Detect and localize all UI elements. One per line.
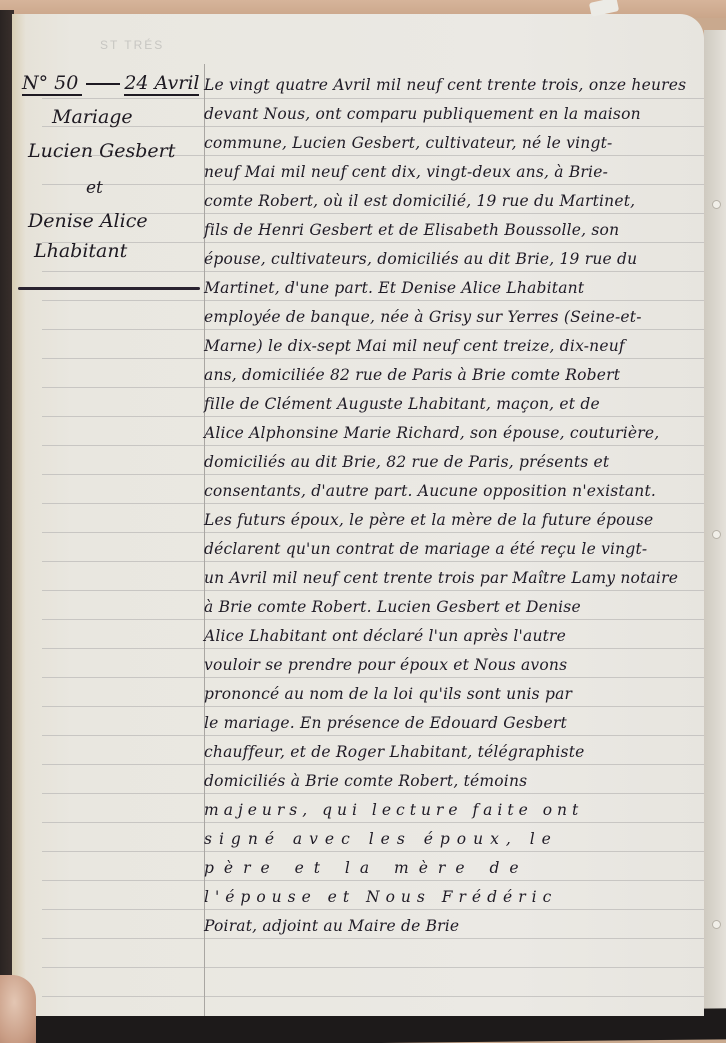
body-line: signé avec les époux, le — [204, 830, 558, 848]
entry-number: N° 50 — [22, 72, 82, 96]
ruled-line — [42, 677, 704, 678]
body-line: Les futurs époux, le père et la mère de … — [204, 511, 653, 529]
body-line: consentants, d'autre part. Aucune opposi… — [204, 482, 656, 500]
body-line: déclarent qu'un contrat de mariage a été… — [204, 540, 647, 558]
body-line: vouloir se prendre pour époux et Nous av… — [204, 656, 567, 674]
binding-ring — [712, 200, 721, 209]
body-line: comte Robert, où il est domicilié, 19 ru… — [204, 192, 635, 210]
ruled-line — [42, 300, 704, 301]
body-line: le mariage. En présence de Edouard Gesbe… — [204, 714, 567, 732]
body-line: l'épouse et Nous Frédéric — [204, 888, 557, 906]
ruled-line — [42, 880, 704, 881]
ruled-line — [42, 648, 704, 649]
bride-given-names: Denise Alice — [28, 210, 148, 232]
ruled-line — [42, 184, 704, 185]
binding-ring — [712, 920, 721, 929]
ruled-line — [42, 445, 704, 446]
ruled-line — [42, 706, 704, 707]
body-line: ans, domiciliée 82 rue de Paris à Brie c… — [204, 366, 620, 384]
ruled-line — [42, 242, 704, 243]
body-line: domiciliés à Brie comte Robert, témoins — [204, 772, 527, 790]
ruled-line — [42, 532, 704, 533]
ruled-line — [42, 996, 704, 997]
body-line: neuf Mai mil neuf cent dix, vingt-deux a… — [204, 163, 608, 181]
body-line: Alice Lhabitant ont déclaré l'un après l… — [204, 627, 566, 645]
body-line: Le vingt quatre Avril mil neuf cent tren… — [204, 76, 686, 94]
body-line: fille de Clément Auguste Lhabitant, maço… — [204, 395, 600, 413]
ruled-line — [42, 851, 704, 852]
body-line: à Brie comte Robert. Lucien Gesbert et D… — [204, 598, 581, 616]
conjunction: et — [86, 178, 103, 198]
ruled-line — [42, 503, 704, 504]
ruled-line — [42, 416, 704, 417]
body-line: fils de Henri Gesbert et de Elisabeth Bo… — [204, 221, 619, 239]
ruled-line — [42, 474, 704, 475]
body-line: épouse, cultivateurs, domiciliés au dit … — [204, 250, 637, 268]
body-line: un Avril mil neuf cent trente trois par … — [204, 569, 678, 587]
ruled-line — [42, 735, 704, 736]
ruled-line — [42, 764, 704, 765]
body-line: père et la mère de — [204, 859, 529, 877]
ruled-line — [42, 561, 704, 562]
body-line: domiciliés au dit Brie, 82 rue de Paris,… — [204, 453, 609, 471]
ruled-line — [42, 387, 704, 388]
entry-header: N° 5024 Avril — [22, 72, 199, 94]
ruled-line — [42, 967, 704, 968]
body-line: Poirat, adjoint au Maire de Brie — [204, 917, 459, 935]
groom-name: Lucien Gesbert — [28, 140, 175, 162]
separator-dash — [86, 83, 120, 85]
ruled-line — [42, 590, 704, 591]
thumb-holding-page — [0, 975, 36, 1043]
ruled-line — [42, 938, 704, 939]
faint-header-text: ST TRÉS — [100, 38, 164, 52]
ruled-line — [42, 358, 704, 359]
margin-end-rule — [18, 287, 200, 290]
entry-date: 24 Avril — [124, 72, 199, 96]
bride-surname: Lhabitant — [34, 240, 127, 262]
ruled-line — [42, 126, 704, 127]
ruled-line — [42, 619, 704, 620]
ruled-line — [42, 271, 704, 272]
body-line: Marne) le dix-sept Mai mil neuf cent tre… — [204, 337, 625, 355]
binding-ring — [712, 530, 721, 539]
body-line: Martinet, d'une part. Et Denise Alice Lh… — [204, 279, 584, 297]
body-line: devant Nous, ont comparu publiquement en… — [204, 105, 641, 123]
body-line: commune, Lucien Gesbert, cultivateur, né… — [204, 134, 612, 152]
ruled-line — [42, 909, 704, 910]
body-line: employée de banque, née à Grisy sur Yerr… — [204, 308, 642, 326]
body-line: Alice Alphonsine Marie Richard, son épou… — [204, 424, 659, 442]
ruled-line — [42, 98, 704, 99]
ruled-line — [42, 329, 704, 330]
body-line: majeurs, qui lecture faite ont — [204, 801, 583, 819]
record-type: Mariage — [52, 106, 133, 128]
ruled-line — [42, 822, 704, 823]
body-line: prononcé au nom de la loi qu'ils sont un… — [204, 685, 572, 703]
ruled-line — [42, 793, 704, 794]
body-line: chauffeur, et de Roger Lhabitant, télégr… — [204, 743, 585, 761]
